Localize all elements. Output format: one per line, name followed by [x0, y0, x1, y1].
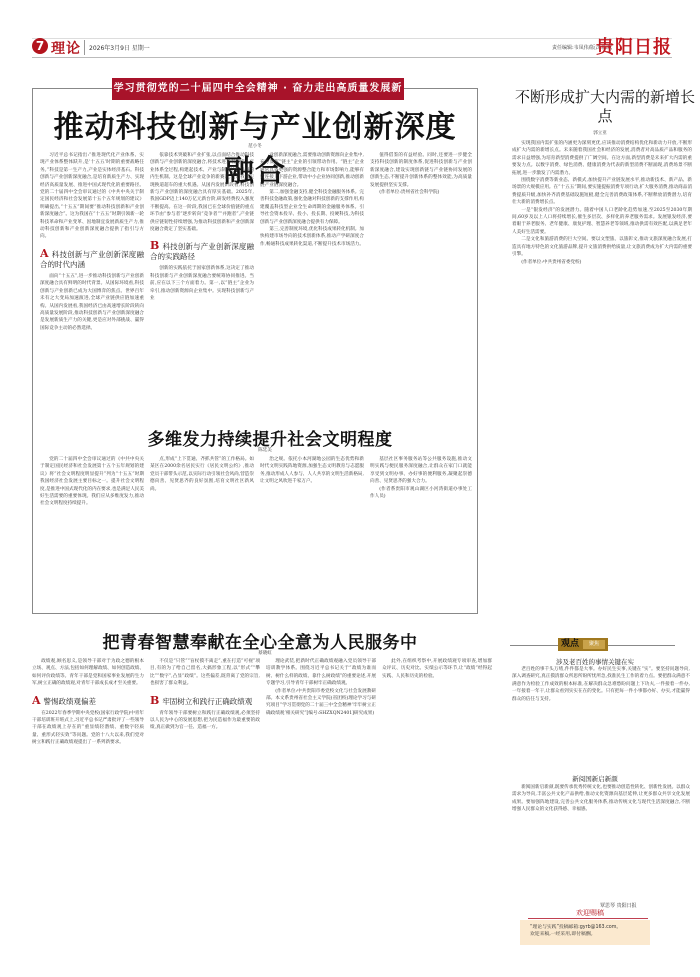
paragraph: 党的二十届四中全会审议通过的《中共中央关于制定国民经济和社会发展第十五个五年规划…	[40, 456, 144, 508]
opinion-body-1: 老百姓的事千头万绪,件件都是大事。办好民生实事,关键在“实”。要坚持问题导向,深…	[512, 666, 690, 770]
paragraph: 创新的实践依托于国家创新体系,这决定了推动科技创新与产业创新深度融合要统筹协同推…	[150, 265, 254, 302]
paragraph: 治之规。依托小本河湖地公园的生态优势和新时代文明实践阵地资源,加强生态文明教育与…	[260, 456, 364, 486]
second-article-column-2: 点,形成“上下贯通、齐抓共管”的工作格局。如某区在2000余名居民实行《居民文明…	[150, 456, 254, 606]
opinion-title-1: 涉及老百姓的事情关键在实	[510, 657, 680, 666]
paragraph: 面向“十五五”,进一步推动科技创新与产业创新深度融合具有鲜明的时代背景。从国际环…	[40, 273, 144, 332]
third-article-column-4: 此外,在组织考察中,开展政绩观专项审查,增加群众评议、历史对比、实绩公示等环节,…	[382, 658, 492, 958]
subheading-text: 科技创新与产业创新深度融合的时代内涵	[40, 250, 144, 269]
second-article-byline: 陈廷美	[250, 447, 280, 453]
page-header: 7 理论 2026年3月9日 星期一 责任编辑:韦凤伟/版式:陈斌 贵阳日报	[32, 38, 672, 58]
subheading-a: A警惕政绩观偏差	[32, 694, 144, 707]
header-divider	[84, 40, 85, 55]
second-article-column-3: 治之规。依托小本河湖地公园的生态优势和新时代文明实践阵地资源,加强生态文明教育与…	[260, 456, 364, 606]
third-article-column-2: 不仅是“只管”“盲杖摸不离走”,重在打造“可视”项目,有的为了给自己留名,大搞形…	[150, 658, 260, 958]
lead-banner: 学习贯彻党的二十届四中全会精神 · 奋力走出高质量发展新路	[112, 78, 404, 100]
subheading-text: 警惕政绩观偏差	[44, 697, 97, 706]
third-article-column-3: 理论武装,把新时代正确政绩观融入党员领导干部培训教学体系。围绕习近平总书记关于“…	[266, 658, 376, 958]
paragraph: 新阅国新启新颜,既要传承优秀传统文化,也要推动创造性转化、创新性发展。以群众需求…	[512, 784, 690, 814]
subheading-letter: B	[150, 239, 159, 252]
paragraph: 青年领导干部要树立和践行正确政绩观,必须坚持以人民为中心的发展思想,把为民造福作…	[150, 710, 260, 732]
right-article-body: 实现我国内需扩张的内涵更为深刻更优,应该推动消费结构优化和新动力开放,不断形成扩…	[512, 140, 692, 620]
subheading-text: 牢固树立和践行正确政绩观	[162, 697, 252, 706]
lead-article-column-1: 习近平总书记指出:“推进现代化产业体系、实现产业体系整体跃升,是‘十五五’时期的…	[40, 152, 144, 407]
page-number-badge: 7	[32, 38, 48, 54]
author-note: (作者单位:中共贵州省委党校)	[512, 259, 692, 266]
section-name: 理论	[51, 38, 81, 58]
subheading-letter: B	[150, 694, 159, 707]
paragraph: 老百姓的事千头万绪,件件都是大事。办好民生实事,关键在“实”。要坚持问题导向,深…	[512, 666, 690, 703]
second-article-column-1: 党的二十届四中全会审议通过的《中共中央关于制定国民经济和社会发展第十五个五年规划…	[40, 456, 144, 606]
paragraph: 点,形成“上下贯通、齐抓共管”的工作格局。如某区在2000余名居民实行《居民文明…	[150, 456, 254, 493]
opinion-body-2: 新阅国新启新颜,既要传承优秀传统文化,也要推动创造性转化、创新性发展。以群众需求…	[512, 784, 690, 898]
paragraph: 基层社区事务服务站等公共服务设施,推动文明实践与便民服务深度融合,让群众在家门口…	[370, 456, 472, 486]
paragraph: 依靠技术突破和产业扩张,以点面结合推动科技创新与产业创新的深度融合,将技术进步有…	[150, 152, 254, 233]
right-article-title: 不断形成扩大内需的新增长点	[510, 88, 700, 126]
opinion-tag: 观点 聚焦	[558, 638, 608, 651]
second-article-column-4: 基层社区事务服务站等公共服务设施,推动文明实践与便民服务深度融合,让群众在家门口…	[370, 456, 472, 606]
subheading-b: B牢固树立和践行正确政绩观	[150, 694, 260, 707]
paragraph: 一是“银发经济”的发展潜力。随着中国人口老龄化趋势加速,至2025至2030年期…	[512, 207, 692, 237]
lead-article-column-2: 依靠技术突破和产业扩张,以点面结合推动科技创新与产业创新的深度融合,将技术进步有…	[150, 152, 254, 407]
subheading-letter: A	[40, 247, 49, 260]
opinion-tag-label: 观点	[561, 638, 579, 651]
author-note: (作者系贵阳市观山湖区小河湾街道办事处工作人员)	[370, 486, 472, 501]
subheading-a: A科技创新与产业创新深度融合的时代内涵	[40, 247, 144, 270]
paragraph: 实现我国内需扩张的内涵更为深刻更优,应该推动消费结构优化和新动力开放,不断形成扩…	[512, 140, 692, 177]
paragraph: 此外,在组织考察中,开展政绩观专项审查,增加群众评议、历史对比、实绩公示等环节,…	[382, 658, 492, 680]
third-article-byline: 蔡晓虹	[250, 650, 280, 656]
newspaper-masthead: 贵阳日报	[596, 33, 672, 59]
paragraph: 围绕数字消费等新业态、新模式,加快提升产业链发展水平,推动新技术、新产品、新场景…	[512, 177, 692, 207]
third-article-column-1: 政绩观,顾名思义,是领导干部对于为政之德的根本立场、观点、方法,包括如何理解政绩…	[32, 658, 144, 958]
welcome-title: 欢迎赐稿	[560, 908, 620, 918]
welcome-divider	[528, 918, 648, 919]
paragraph: 第二,加强金融支持,健全科技金融服务体系。完善科技金融政策,强化金融对科技创新的…	[260, 189, 364, 226]
opinion-title-2: 新阅国新启新颜	[510, 774, 680, 783]
submission-email-line: “理论与实践”投稿邮箱:gyrb@163.com。	[530, 924, 644, 931]
lead-article-byline: 范小冬	[240, 143, 270, 149]
paragraph: 业创新深度融合,需要推动创新资源向企业集中,充分发挥“链主”企业的引领带动作用。…	[260, 152, 364, 189]
subheading-b: B科技创新与产业创新深度融合的实践路径	[150, 239, 254, 262]
opinion-tag-sub: 聚焦	[583, 640, 605, 649]
right-article-byline: 郭立亚	[580, 130, 620, 136]
paragraph: 值得借鉴的有益经验。同时,还要进一步健全支持科技创新的制度体系,促进科技创新与产…	[370, 152, 472, 189]
author-note: (作者单位:中共贵阳市委党校文化与社会发展教研部。本文系贵州省社会主义学院(省团…	[266, 688, 376, 718]
issue-date: 2026年3月9日 星期一	[89, 43, 150, 52]
submission-payment-line: 欢迎来稿,一经采用,即付稿酬。	[530, 931, 644, 938]
paragraph: 不仅是“只管”“盲杖摸不离走”,重在打造“可视”项目,有的为了给自己留名,大搞形…	[150, 658, 260, 688]
paragraph: 理论武装,把新时代正确政绩观融入党员领导干部培训教学体系。围绕习近平总书记关于“…	[266, 658, 376, 688]
lead-article-column-3: 业创新深度融合,需要推动创新资源向企业集中,充分发挥“链主”企业的引领带动作用。…	[260, 152, 364, 407]
subheading-text: 科技创新与产业创新深度融合的实践路径	[150, 242, 254, 261]
author-note: (作者单位:贵州省社会科学院)	[370, 189, 472, 196]
paragraph: 二是文化和旅游消费的巨大空间。要以文塑旅、以旅彰文,推动文旅深度融合发展,打造具…	[512, 236, 692, 258]
submission-notice: “理论与实践”投稿邮箱:gyrb@163.com。 欢迎来稿,一经采用,即付稿酬…	[520, 920, 650, 945]
subheading-letter: A	[32, 694, 41, 707]
paragraph: 政绩观,顾名思义,是领导干部对于为政之德的根本立场、观点、方法,包括如何理解政绩…	[32, 658, 144, 688]
lead-article-column-4: 值得借鉴的有益经验。同时,还要进一步健全支持科技创新的制度体系,促进科技创新与产…	[370, 152, 472, 407]
paragraph: 在2022年春季学期中央党校(国家行政学院)中青年干部培训班开班式上,习近平总书…	[32, 710, 144, 747]
paragraph: 第三,完善制度环境,优化科技成果转化机制。加快构建市场导向的技术创新体系,推动产…	[260, 226, 364, 248]
paragraph: 习近平总书记指出:“推进现代化产业体系、实现产业体系整体跃升,是‘十五五’时期的…	[40, 152, 144, 241]
